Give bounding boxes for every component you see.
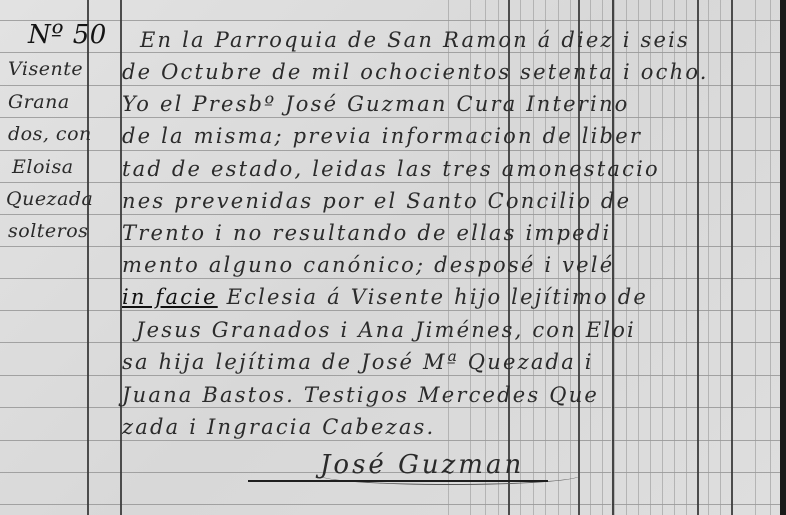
entry-line: in facie Eclesia á Visente hijo lejítimo… xyxy=(122,285,648,309)
ruled-line xyxy=(0,440,786,441)
ruled-line xyxy=(0,214,786,215)
page-edge xyxy=(780,0,786,515)
entry-line-rest: Eclesia á Visente hijo lejítimo de xyxy=(218,285,648,309)
margin-line: Visente xyxy=(8,58,83,80)
ruled-line xyxy=(0,246,786,247)
entry-line: Trento i no resultando de ellas impedi xyxy=(122,221,611,245)
margin-line: Quezada xyxy=(6,188,93,210)
ruled-line xyxy=(0,342,786,343)
column-rule xyxy=(755,0,756,515)
entry-line: sa hija lejítima de José Mª Quezada i xyxy=(122,350,594,374)
entry-number: Nº 50 xyxy=(28,20,107,50)
entry-line: nes prevenidas por el Santo Concilio de xyxy=(122,189,631,213)
margin-line: Eloisa xyxy=(12,156,74,178)
entry-line: mento alguno canónico; desposé i velé xyxy=(122,253,614,277)
priest-signature: José Guzman xyxy=(320,450,524,480)
entry-line: zada i Ingracia Cabezas. xyxy=(122,415,435,439)
ruled-line xyxy=(0,407,786,408)
ruled-line xyxy=(0,85,786,86)
entry-line: Juana Bastos. Testigos Mercedes Que xyxy=(122,383,599,407)
ruled-line xyxy=(0,278,786,279)
signature-underline xyxy=(248,480,548,482)
register-page: Nº 50 Visente Grana dos, con Eloisa Quez… xyxy=(0,0,786,515)
entry-line: En la Parroquia de San Ramon á diez i se… xyxy=(140,28,690,52)
column-rule xyxy=(720,0,721,515)
ruled-line xyxy=(0,20,786,21)
ruled-line xyxy=(0,150,786,151)
ruled-line xyxy=(0,375,786,376)
entry-line: de Octubre de mil ochocientos setenta i … xyxy=(122,60,709,84)
ruled-line xyxy=(0,182,786,183)
margin-line: solteros xyxy=(8,220,88,242)
entry-line: de la misma; previa informacion de liber xyxy=(122,124,642,148)
ruled-line xyxy=(0,52,786,53)
ruled-line xyxy=(0,310,786,311)
column-rule xyxy=(770,0,771,515)
entry-line: Yo el Presbº José Guzman Cura Interino xyxy=(122,92,630,116)
entry-line: Jesus Granados i Ana Jiménes, con Eloi xyxy=(136,318,636,342)
ruled-line xyxy=(0,504,786,505)
ruled-line xyxy=(0,117,786,118)
column-rule xyxy=(731,0,733,515)
margin-line: dos, con xyxy=(8,123,92,145)
latin-phrase: in facie xyxy=(122,285,218,309)
margin-line: Grana xyxy=(8,91,70,113)
margin-rule xyxy=(87,0,89,515)
entry-line: tad de estado, leidas las tres amonestac… xyxy=(122,157,660,181)
